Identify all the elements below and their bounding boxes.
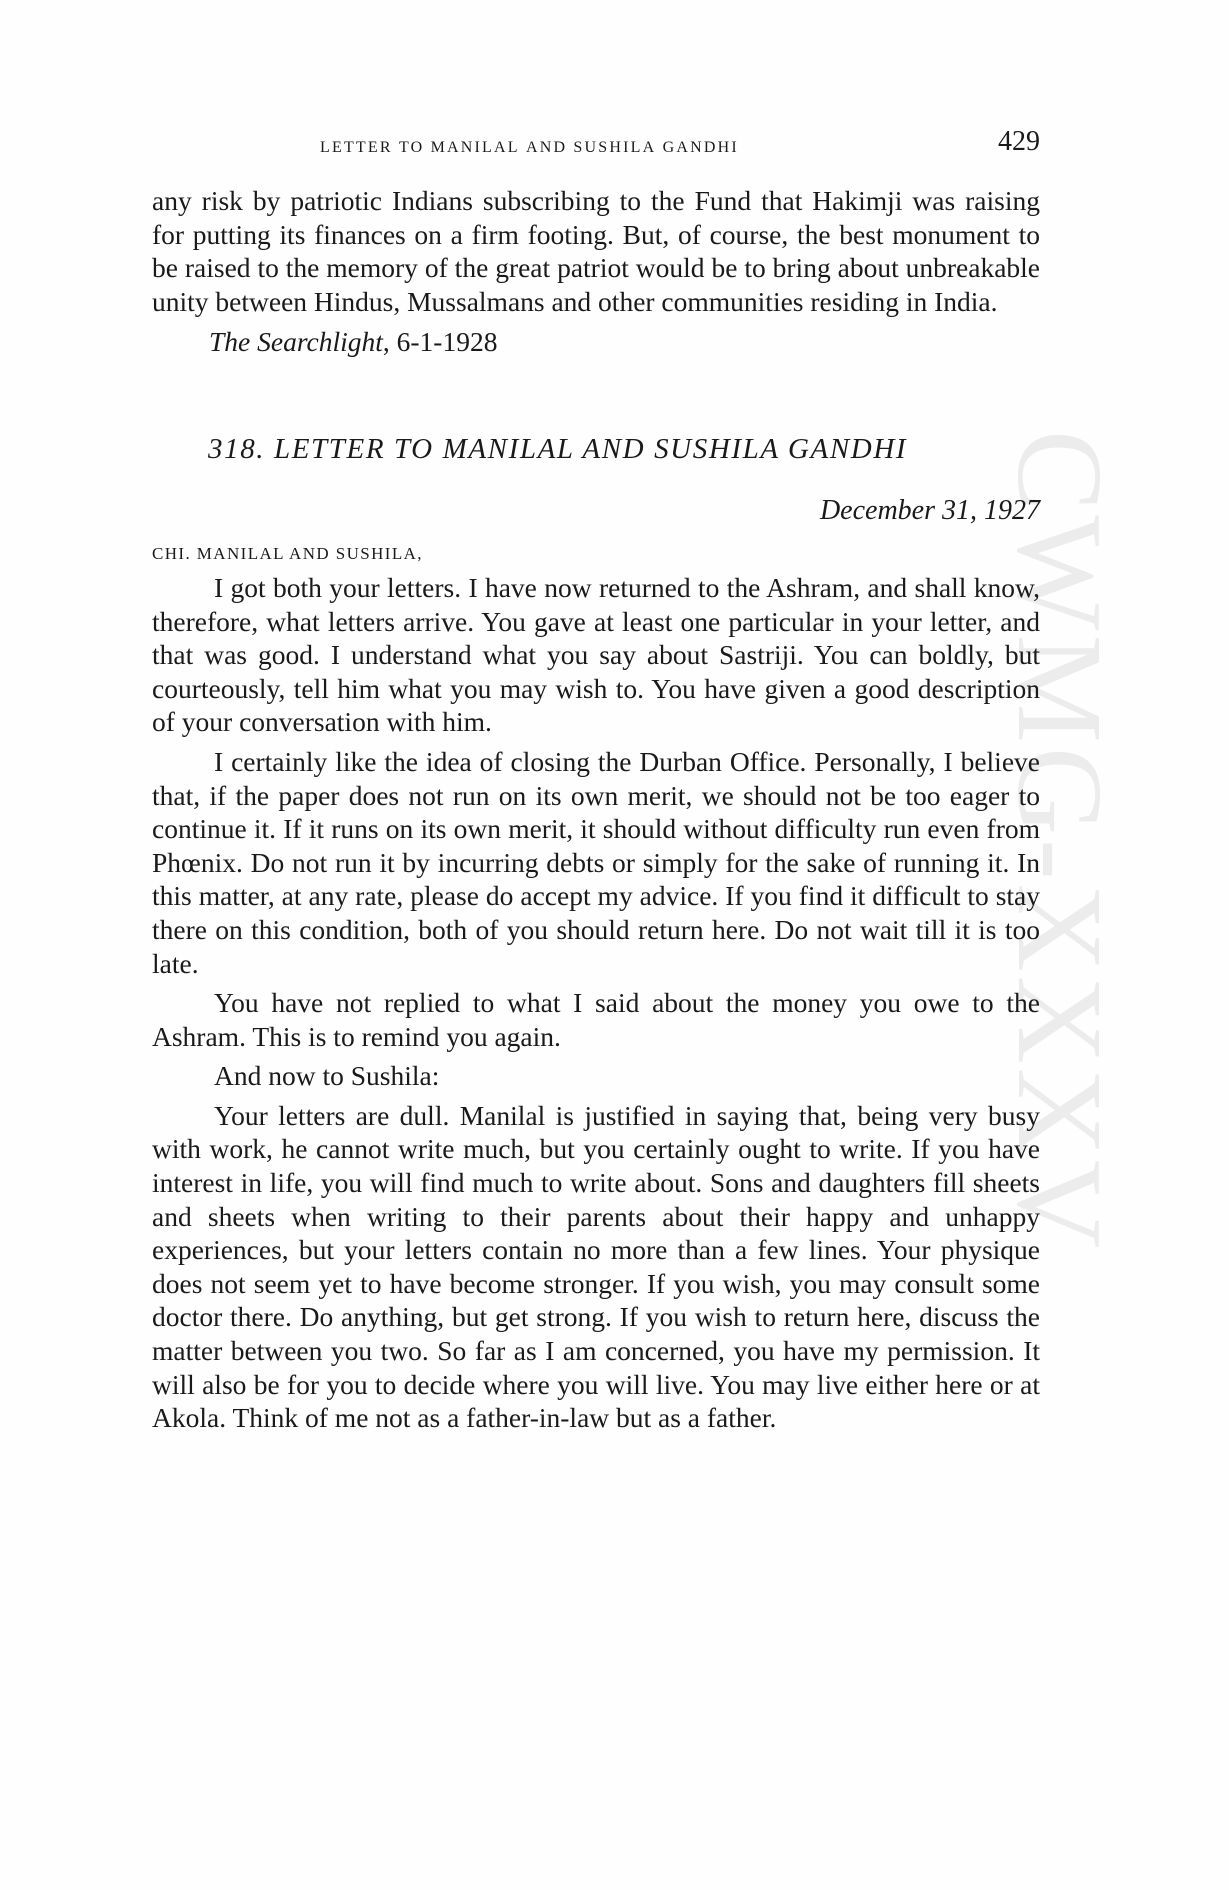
document-date: December 31, 1927 bbox=[152, 494, 1040, 528]
source-citation: The Searchlight, 6-1-1928 bbox=[209, 325, 1040, 359]
continued-paragraph: any risk by patriotic Indians subscribin… bbox=[152, 184, 1040, 318]
running-header: LETTER TO MANILAL AND SUSHILA GANDHI 429 bbox=[152, 132, 1040, 162]
source-date: , 6-1-1928 bbox=[383, 326, 498, 357]
book-page: CWMG-XXXV LETTER TO MANILAL AND SUSHILA … bbox=[0, 0, 1229, 1890]
letter-paragraph: And now to Sushila: bbox=[152, 1059, 1040, 1093]
letter-paragraph: I certainly like the idea of closing the… bbox=[152, 745, 1040, 980]
running-title: LETTER TO MANILAL AND SUSHILA GANDHI bbox=[320, 132, 739, 158]
source-publication: The Searchlight bbox=[209, 326, 383, 357]
page-number: 429 bbox=[998, 126, 1040, 158]
text-column: any risk by patriotic Indians subscribin… bbox=[152, 184, 1040, 1435]
document-heading: 318. LETTER TO MANILAL AND SUSHILA GANDH… bbox=[152, 432, 1040, 466]
letter-paragraph: Your letters are dull. Manilal is justif… bbox=[152, 1099, 1040, 1435]
letter-paragraph: You have not replied to what I said abou… bbox=[152, 986, 1040, 1053]
letter-paragraph: I got both your letters. I have now retu… bbox=[152, 571, 1040, 739]
salutation: CHI. MANILAL AND SUSHILA, bbox=[152, 537, 1040, 567]
